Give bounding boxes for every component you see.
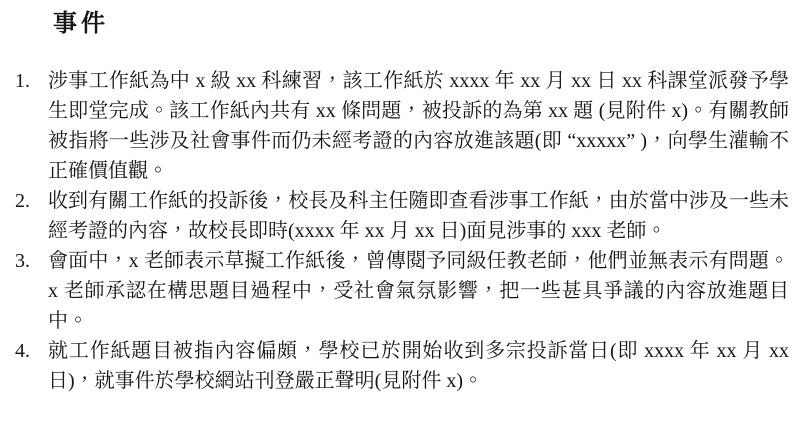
list-item-text: 就工作紙題目被指內容偏頗，學校已於開始收到多宗投訴當日(即 xxxx 年 xx … [48,336,789,396]
list-item-text: 收到有關工作紙的投訴後，校長及科主任隨即查看涉事工作紙，由於當中涉及一些未經考證… [48,186,789,246]
list-item: 3. 會面中，x 老師表示草擬工作紙後，曾傳閱予同級任教老師，他們並無表示有問題… [15,246,789,336]
list-item-number: 4. [15,336,48,366]
page-title: 事件 [53,8,789,40]
list-item-number: 3. [15,246,48,276]
event-list: 1. 涉事工作紙為中 x 級 xx 科練習，該工作紙於 xxxx 年 xx 月 … [15,66,789,396]
list-item: 4. 就工作紙題目被指內容偏頗，學校已於開始收到多宗投訴當日(即 xxxx 年 … [15,336,789,396]
list-item-text: 涉事工作紙為中 x 級 xx 科練習，該工作紙於 xxxx 年 xx 月 xx … [48,66,789,186]
list-item: 2. 收到有關工作紙的投訴後，校長及科主任隨即查看涉事工作紙，由於當中涉及一些未… [15,186,789,246]
list-item-number: 2. [15,186,48,216]
list-item-text: 會面中，x 老師表示草擬工作紙後，曾傳閱予同級任教老師，他們並無表示有問題。x … [48,246,789,336]
list-item: 1. 涉事工作紙為中 x 級 xx 科練習，該工作紙於 xxxx 年 xx 月 … [15,66,789,186]
list-item-number: 1. [15,66,48,96]
document-page: 事件 1. 涉事工作紙為中 x 級 xx 科練習，該工作紙於 xxxx 年 xx… [0,0,803,429]
